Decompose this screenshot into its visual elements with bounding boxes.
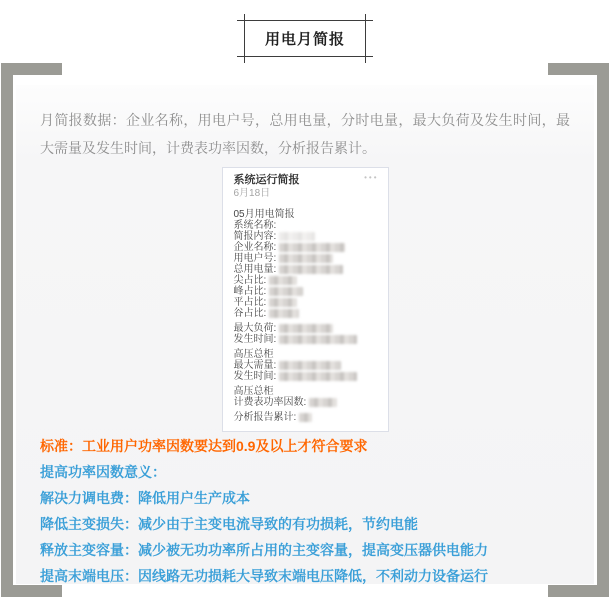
card-title: 系统运行简报 <box>234 174 377 187</box>
card-line: 总用电量: <box>234 264 377 275</box>
redacted-value <box>279 232 315 241</box>
card-line: 企业名称: <box>234 242 377 253</box>
frame-corner-top-right <box>548 63 609 75</box>
card-line: 发生时间: <box>234 334 377 345</box>
card-line-label: 总用电量: <box>234 264 277 275</box>
frame-corner-top-left <box>1 63 62 75</box>
card-line: 发生时间: <box>234 371 377 382</box>
card-line-label: 计费表功率因数: <box>234 397 307 408</box>
redacted-value <box>269 287 303 296</box>
frame-right-bar <box>597 63 609 597</box>
card-date: 6月18日 <box>234 188 377 200</box>
card-line-label: 最大负荷: <box>234 323 277 334</box>
redacted-value <box>279 335 357 344</box>
card-line: 简报内容: <box>234 231 377 242</box>
insight-line: 提高功率因数意义： <box>40 459 570 485</box>
card-line-label: 最大需量: <box>234 360 277 371</box>
card-line: 峰占比: <box>234 286 377 297</box>
redacted-value <box>279 361 341 370</box>
more-horizontal-icon[interactable]: ••• <box>364 174 378 182</box>
card-line-label: 谷占比: <box>234 308 267 319</box>
card-line: 平占比: <box>234 297 377 308</box>
card-line: 分析报告累计: <box>234 412 377 423</box>
insight-line: 解决力调电费：降低用户生产成本 <box>40 485 570 511</box>
card-line-label: 用电户号: <box>234 253 277 264</box>
phone-notification-card: 系统运行简报 6月18日 ••• 05月用电简报系统名称:简报内容:企业名称:用… <box>222 167 389 432</box>
card-line: 谷占比: <box>234 308 377 319</box>
card-line-label: 简报内容: <box>234 231 277 242</box>
card-line: 高压总柜 <box>234 349 377 360</box>
insight-line: 降低主变损失：减少由于主变电流导致的有功损耗，节约电能 <box>40 511 570 537</box>
redacted-value <box>279 243 345 252</box>
card-line: 高压总柜 <box>234 386 377 397</box>
card-line-label: 05月用电简报 <box>234 209 295 220</box>
content-frame: 月简报数据：企业名称，用电户号，总用电量，分时电量，最大负荷及发生时间，最大需量… <box>0 63 610 597</box>
card-line: 最大需量: <box>234 360 377 371</box>
redacted-value <box>299 413 312 422</box>
card-line: 用电户号: <box>234 253 377 264</box>
redacted-value <box>269 309 299 318</box>
card-line-label: 企业名称: <box>234 242 277 253</box>
card-line-label: 尖占比: <box>234 275 267 286</box>
card-line-label: 高压总柜 <box>234 349 274 360</box>
page-title: 用电月简报 <box>244 20 366 57</box>
card-line: 尖占比: <box>234 275 377 286</box>
redacted-value <box>269 276 297 285</box>
insight-line: 释放主变容量：减少被无功功率所占用的主变容量，提高变压器供电能力 <box>40 537 570 563</box>
card-line-label: 发生时间: <box>234 371 277 382</box>
frame-left-bar <box>1 63 13 597</box>
card-line: 最大负荷: <box>234 323 377 334</box>
content-panel: 月简报数据：企业名称，用电户号，总用电量，分时电量，最大负荷及发生时间，最大需量… <box>16 85 594 584</box>
redacted-value <box>279 254 333 263</box>
card-line: 系统名称: <box>234 220 377 231</box>
card-line-label: 平占比: <box>234 297 267 308</box>
redacted-value <box>269 298 297 307</box>
page-title-text: 用电月简报 <box>265 28 345 49</box>
redacted-value <box>279 324 333 333</box>
card-line-label: 发生时间: <box>234 334 277 345</box>
card-lines: 05月用电简报系统名称:简报内容:企业名称:用电户号:总用电量:尖占比:峰占比:… <box>234 209 377 423</box>
intro-text: 月简报数据：企业名称，用电户号，总用电量，分时电量，最大负荷及发生时间，最大需量… <box>16 85 594 162</box>
insight-line: 提高末端电压：因线路无功损耗大导致末端电压降低，不利动力设备运行 <box>40 563 570 589</box>
card-line-label: 系统名称: <box>234 220 277 231</box>
redacted-value <box>279 265 343 274</box>
insight-line: 标准：工业用户功率因数要达到0.9及以上才符合要求 <box>40 433 570 459</box>
insight-list: 标准：工业用户功率因数要达到0.9及以上才符合要求提高功率因数意义：解决力调电费… <box>16 433 594 589</box>
card-line-label: 峰占比: <box>234 286 267 297</box>
redacted-value <box>279 372 357 381</box>
card-line: 05月用电简报 <box>234 209 377 220</box>
redacted-value <box>309 398 337 407</box>
card-line-label: 高压总柜 <box>234 386 274 397</box>
card-line-label: 分析报告累计: <box>234 412 297 423</box>
card-line: 计费表功率因数: <box>234 397 377 408</box>
